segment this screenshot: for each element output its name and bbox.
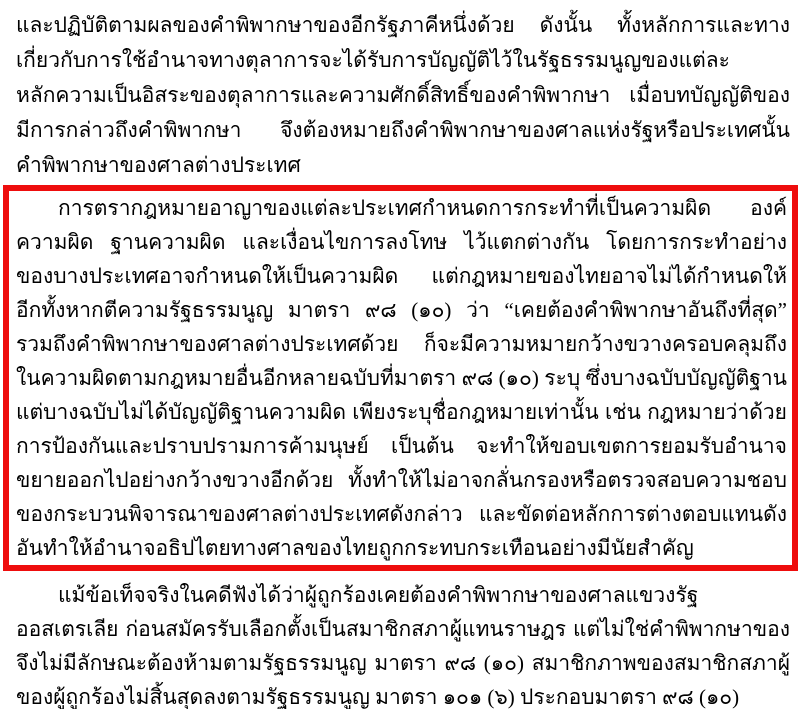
highlight-annotation-box: การตรากฎหมายอาญาของแต่ละประเทศกำหนดการกร…: [3, 185, 798, 571]
text-line: ของผู้ถูกร้องไม่สิ้นสุดลงตามรัฐธรรมนูญ ม…: [16, 680, 790, 709]
text-line: ออสเตรเลีย ก่อนสมัครรับเลือกตั้งเป็นสมาช…: [16, 612, 790, 646]
text-line: คำพิพากษาของศาลต่างประเทศ: [16, 148, 790, 183]
text-line: ในความผิดตามกฎหมายอื่นอีกหลายฉบับที่มาตร…: [16, 361, 787, 395]
paragraph-intro: และปฏิบัติตามผลของคำพิพากษาของอีกรัฐภาคี…: [16, 8, 790, 183]
text-line: การป้องกันและปราบปรามการค้ามนุษย์ เป็นต้…: [16, 429, 787, 463]
text-line: เกี่ยวกับการใช้อำนาจทางตุลาการจะได้รับกา…: [16, 43, 790, 78]
text-line: ความผิด ฐานความผิด และเงื่อนไขการลงโทษ ไ…: [16, 225, 787, 259]
text-line: การตรากฎหมายอาญาของแต่ละประเทศกำหนดการกร…: [16, 191, 787, 225]
text-line: จึงไม่มีลักษณะต้องห้ามตามรัฐธรรมนูญ มาตร…: [16, 646, 790, 680]
paragraph-conclusion: แม้ข้อเท็จจริงในคดีฟังได้ว่าผู้ถูกร้องเค…: [16, 578, 790, 709]
text-line: อีกทั้งหากตีความรัฐธรรมนูญ มาตรา ๙๘ (๑๐)…: [16, 293, 787, 327]
document-page: และปฏิบัติตามผลของคำพิพากษาของอีกรัฐภาคี…: [0, 0, 800, 709]
text-line: แต่บางฉบับไม่ได้บัญญัติฐานความผิด เพียงร…: [16, 395, 787, 429]
text-line: รวมถึงคำพิพากษาของศาลต่างประเทศด้วย ก็จะ…: [16, 327, 787, 361]
text-line: หลักความเป็นอิสระของตุลาการและความศักดิ์…: [16, 78, 790, 113]
text-line: ขยายออกไปอย่างกว้างขวางอีกด้วย ทั้งทำให้…: [16, 463, 787, 497]
text-line: มีการกล่าวถึงคำพิพากษา จึงต้องหมายถึงคำพ…: [16, 113, 790, 148]
text-line: อันทำให้อำนาจอธิปไตยทางศาลของไทยถูกกระทบ…: [16, 531, 787, 565]
text-line: แม้ข้อเท็จจริงในคดีฟังได้ว่าผู้ถูกร้องเค…: [16, 578, 790, 612]
text-line: และปฏิบัติตามผลของคำพิพากษาของอีกรัฐภาคี…: [16, 8, 790, 43]
text-line: ของกระบวนพิจารณาของศาลต่างประเทศดังกล่าว…: [16, 497, 787, 531]
text-line: ของบางประเทศอาจกำหนดให้เป็นความผิด แต่กฎ…: [16, 259, 787, 293]
